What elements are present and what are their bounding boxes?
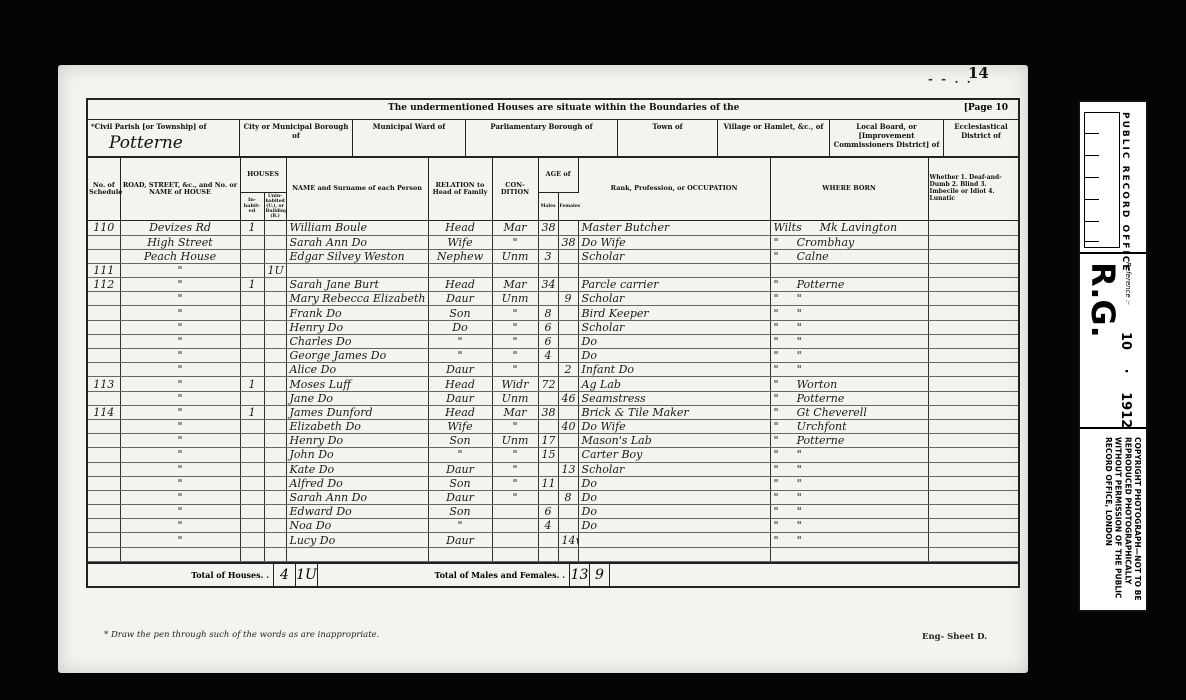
cell-uninhabited — [264, 533, 286, 547]
cell-inhabited — [240, 476, 264, 490]
col-age: AGE of — [538, 158, 578, 192]
cell-infirmity — [928, 434, 1018, 448]
col-where-born: WHERE BORN — [770, 158, 928, 221]
cell-uninhabited — [264, 235, 286, 249]
cell-male-age: 15 — [538, 448, 558, 462]
cell-male-age — [538, 235, 558, 249]
cell-born-place: Potterne — [797, 278, 845, 291]
cell-male-age — [538, 263, 558, 277]
table-row: "Noa Do"4Do"" — [88, 519, 1018, 533]
cell-born: "" — [770, 462, 928, 476]
cell-female-age — [558, 320, 578, 334]
cell-name: Sarah Ann Do — [286, 235, 428, 249]
cell-schedule: 113 — [88, 377, 120, 391]
cell-name: Alice Do — [286, 363, 428, 377]
cell-infirmity — [928, 448, 1018, 462]
cell-born-place: " — [797, 448, 802, 461]
cell-inhabited — [240, 547, 264, 561]
cell-inhabited — [240, 419, 264, 433]
table-row: "Henry DoSonUnm17Mason's Lab"Potterne — [88, 434, 1018, 448]
cell-schedule — [88, 320, 120, 334]
cell-born: "" — [770, 505, 928, 519]
municipal-ward-label: Municipal Ward of — [373, 122, 446, 131]
cell-condition: " — [492, 448, 538, 462]
cell-female-age — [558, 476, 578, 490]
cell-name: Lucy Do — [286, 533, 428, 547]
cell-inhabited — [240, 306, 264, 320]
civil-parish-value: Potterne — [91, 133, 236, 153]
total-inhabited: 4 — [274, 564, 296, 586]
cell-uninhabited — [264, 292, 286, 306]
table-row: "George James Do""4Do"" — [88, 349, 1018, 363]
cell-occupation: Do — [578, 519, 770, 533]
cell-name: Charles Do — [286, 334, 428, 348]
parliamentary-borough-label: Parliamentary Borough of — [490, 122, 592, 131]
cell-road: " — [120, 519, 240, 533]
cell-uninhabited — [264, 547, 286, 561]
cell-born: "Potterne — [770, 278, 928, 292]
cell-inhabited — [240, 263, 264, 277]
table-row: "Henry DoDo"6Scholar"" — [88, 320, 1018, 334]
cell-schedule — [88, 292, 120, 306]
col-road: ROAD, STREET, &c., and No. or NAME of HO… — [120, 158, 240, 221]
cell-female-age: 46 — [558, 391, 578, 405]
cell-born-place: Crombhay — [797, 236, 855, 249]
cell-road: " — [120, 263, 240, 277]
cell-occupation: Ag Lab — [578, 377, 770, 391]
table-row: Peach HouseEdgar Silvey WestonNephewUnm3… — [88, 249, 1018, 263]
cell-born-place: Mk Lavington — [820, 221, 897, 234]
col-uninhabited: Unin-habited (U.), or Building (B.) — [264, 192, 286, 221]
cell-infirmity — [928, 263, 1018, 277]
cell-inhabited — [240, 448, 264, 462]
cell-uninhabited — [264, 505, 286, 519]
cell-road: " — [120, 306, 240, 320]
copyright-notice: COPYRIGHT PHOTOGRAPH—NOT TO BE REPRODUCE… — [1086, 437, 1142, 602]
cell-born — [770, 263, 928, 277]
strip-divider — [1080, 427, 1146, 429]
cell-schedule — [88, 363, 120, 377]
cell-inhabited — [240, 490, 264, 504]
cell-occupation: Scholar — [578, 249, 770, 263]
footnote: * Draw the pen through such of the words… — [104, 630, 379, 640]
col-relation: RELATION to Head of Family — [428, 158, 492, 221]
cell-female-age — [558, 349, 578, 363]
cell-born-place: " — [797, 491, 802, 504]
cell-female-age: 14w 6m — [558, 533, 578, 547]
cell-condition: " — [492, 462, 538, 476]
scale-ruler — [1084, 112, 1120, 248]
cell-condition: " — [492, 235, 538, 249]
cell-born: "" — [770, 306, 928, 320]
cell-male-age — [538, 490, 558, 504]
cell-infirmity — [928, 292, 1018, 306]
cell-uninhabited — [264, 405, 286, 419]
cell-male-age: 34 — [538, 278, 558, 292]
cell-inhabited: 1 — [240, 377, 264, 391]
cell-born-place: " — [797, 463, 802, 476]
cell-relation: Daur — [428, 363, 492, 377]
table-row: 111"1U — [88, 263, 1018, 277]
cell-road: " — [120, 334, 240, 348]
cell-born-place: " — [797, 477, 802, 490]
village-cell: Village or Hamlet, &c., of — [718, 120, 830, 156]
col-inhabited: In-habit-ed — [240, 192, 264, 221]
cell-condition — [492, 505, 538, 519]
cell-relation: Head — [428, 405, 492, 419]
cell-occupation: Do Wife — [578, 419, 770, 433]
table-row: 113"1Moses LuffHeadWidr72Ag Lab"Worton — [88, 377, 1018, 391]
cell-born: "" — [770, 533, 928, 547]
cell-born: "Potterne — [770, 434, 928, 448]
table-row: "Alice DoDaur"2Infant Do"" — [88, 363, 1018, 377]
cell-male-age: 17 — [538, 434, 558, 448]
table-row: "Charles Do""6Do"" — [88, 334, 1018, 348]
cell-uninhabited — [264, 306, 286, 320]
census-form: The undermentioned Houses are situate wi… — [86, 98, 1020, 588]
cell-relation: Daur — [428, 391, 492, 405]
cell-uninhabited — [264, 434, 286, 448]
cell-infirmity — [928, 405, 1018, 419]
cell-occupation: Mason's Lab — [578, 434, 770, 448]
cell-female-age — [558, 448, 578, 462]
cell-occupation: Scholar — [578, 320, 770, 334]
cell-inhabited: 1 — [240, 278, 264, 292]
cell-born: "" — [770, 448, 928, 462]
table-row: "John Do""15Carter Boy"" — [88, 448, 1018, 462]
cell-inhabited — [240, 363, 264, 377]
cell-female-age: 9 — [558, 292, 578, 306]
cell-condition: " — [492, 476, 538, 490]
cell-relation: " — [428, 349, 492, 363]
cell-born-place: " — [797, 534, 802, 547]
cell-schedule — [88, 476, 120, 490]
cell-female-age — [558, 334, 578, 348]
cell-infirmity — [928, 235, 1018, 249]
cell-infirmity — [928, 334, 1018, 348]
cell-occupation — [578, 547, 770, 561]
table-row: 112"1Sarah Jane BurtHeadMar34Parcle carr… — [88, 278, 1018, 292]
cell-infirmity — [928, 505, 1018, 519]
cell-born: "" — [770, 476, 928, 490]
cell-born: "" — [770, 334, 928, 348]
col-schedule: No. of Schedule — [88, 158, 120, 221]
cell-name — [286, 547, 428, 561]
cell-condition: " — [492, 349, 538, 363]
cell-inhabited: 1 — [240, 405, 264, 419]
cell-condition — [492, 533, 538, 547]
cell-road: Peach House — [120, 249, 240, 263]
cell-road: Devizes Rd — [120, 221, 240, 235]
cell-name: Noa Do — [286, 519, 428, 533]
cell-female-age — [558, 263, 578, 277]
cell-infirmity — [928, 278, 1018, 292]
cell-infirmity — [928, 462, 1018, 476]
cell-name: Edgar Silvey Weston — [286, 249, 428, 263]
pro-title: PUBLIC RECORD OFFICE — [1120, 112, 1130, 273]
cell-born: "Urchfont — [770, 419, 928, 433]
cell-name: George James Do — [286, 349, 428, 363]
cell-inhabited — [240, 349, 264, 363]
cell-occupation: Seamstress — [578, 391, 770, 405]
piece-number: 10 · 1912 — [1118, 332, 1133, 428]
cell-occupation: Do Wife — [578, 235, 770, 249]
cell-born-place: Urchfont — [797, 420, 847, 433]
cell-relation: Nephew — [428, 249, 492, 263]
cell-occupation: Do — [578, 334, 770, 348]
table-row: "Frank DoSon"8Bird Keeper"" — [88, 306, 1018, 320]
cell-infirmity — [928, 547, 1018, 561]
series-code: R.G. — [1084, 262, 1122, 338]
cell-road: " — [120, 505, 240, 519]
civil-parish-cell: *Civil Parish [or Township] of Potterne — [88, 120, 240, 156]
cell-infirmity — [928, 363, 1018, 377]
cell-condition: Mar — [492, 278, 538, 292]
cell-occupation: Carter Boy — [578, 448, 770, 462]
cell-uninhabited: 1U — [264, 263, 286, 277]
cell-female-age — [558, 249, 578, 263]
cell-condition: Widr — [492, 377, 538, 391]
cell-relation: Son — [428, 306, 492, 320]
cell-born: "" — [770, 519, 928, 533]
cell-uninhabited — [264, 320, 286, 334]
cell-name: Sarah Jane Burt — [286, 278, 428, 292]
cell-relation: Son — [428, 476, 492, 490]
cell-inhabited — [240, 391, 264, 405]
cell-male-age: 6 — [538, 505, 558, 519]
cell-male-age: 11 — [538, 476, 558, 490]
cell-schedule — [88, 519, 120, 533]
cell-born: "Potterne — [770, 391, 928, 405]
cell-female-age — [558, 306, 578, 320]
table-row: "Lucy DoDaur14w 6m"" — [88, 533, 1018, 547]
folio-number: 14 — [968, 64, 989, 82]
municipal-borough-label: City or Municipal Borough of — [244, 122, 349, 140]
cell-road: " — [120, 448, 240, 462]
cell-infirmity — [928, 391, 1018, 405]
table-row: High StreetSarah Ann DoWife"38Do Wife"Cr… — [88, 235, 1018, 249]
cell-male-age — [538, 292, 558, 306]
cell-schedule: 112 — [88, 278, 120, 292]
cell-male-age: 3 — [538, 249, 558, 263]
cell-relation: Daur — [428, 292, 492, 306]
table-row: "Sarah Ann DoDaur"8Do"" — [88, 490, 1018, 504]
cell-uninhabited — [264, 249, 286, 263]
col-females: Females — [558, 192, 578, 221]
form-title: The undermentioned Houses are situate wi… — [388, 103, 739, 113]
cell-relation — [428, 263, 492, 277]
cell-male-age — [538, 462, 558, 476]
table-row: "Edward DoSon6Do"" — [88, 505, 1018, 519]
municipal-borough-cell: City or Municipal Borough of — [240, 120, 353, 156]
col-houses: HOUSES — [240, 158, 286, 192]
cell-infirmity — [928, 221, 1018, 235]
cell-road: " — [120, 419, 240, 433]
cell-inhabited — [240, 334, 264, 348]
cell-relation: Daur — [428, 490, 492, 504]
cell-born-place: Potterne — [797, 434, 845, 447]
cell-born — [770, 547, 928, 561]
cell-relation: Head — [428, 377, 492, 391]
cell-condition — [492, 263, 538, 277]
cell-inhabited — [240, 292, 264, 306]
cell-relation: " — [428, 448, 492, 462]
cell-road: " — [120, 349, 240, 363]
cell-infirmity — [928, 377, 1018, 391]
cell-occupation: Brick & Tile Maker — [578, 405, 770, 419]
cell-schedule — [88, 462, 120, 476]
cell-condition: " — [492, 363, 538, 377]
cell-born-place: " — [797, 335, 802, 348]
cell-relation: Head — [428, 278, 492, 292]
cell-name: Henry Do — [286, 320, 428, 334]
town-label: Town of — [652, 122, 682, 131]
cell-condition: " — [492, 490, 538, 504]
cell-road: " — [120, 320, 240, 334]
margin-dots: - - . . — [928, 72, 973, 86]
cell-occupation: Scholar — [578, 292, 770, 306]
cell-born-place: " — [797, 307, 802, 320]
cell-uninhabited — [264, 476, 286, 490]
cell-occupation: Do — [578, 490, 770, 504]
parliamentary-borough-cell: Parliamentary Borough of — [466, 120, 618, 156]
cell-born: "" — [770, 320, 928, 334]
cell-name: Jane Do — [286, 391, 428, 405]
cell-name: Henry Do — [286, 434, 428, 448]
cell-male-age — [538, 419, 558, 433]
cell-occupation — [578, 533, 770, 547]
cell-male-age — [538, 533, 558, 547]
cell-female-age — [558, 377, 578, 391]
cell-uninhabited — [264, 490, 286, 504]
cell-occupation: Master Butcher — [578, 221, 770, 235]
table-row — [88, 547, 1018, 561]
table-row: 110Devizes Rd1William BouleHeadMar38Mast… — [88, 221, 1018, 235]
cell-relation: Wife — [428, 419, 492, 433]
cell-condition — [492, 519, 538, 533]
census-table: No. of Schedule ROAD, STREET, &c., and N… — [88, 158, 1018, 562]
cell-condition: Unm — [492, 391, 538, 405]
cell-schedule: 111 — [88, 263, 120, 277]
cell-infirmity — [928, 249, 1018, 263]
cell-female-age — [558, 547, 578, 561]
cell-inhabited — [240, 235, 264, 249]
table-row: 114"1James DunfordHeadMar38Brick & Tile … — [88, 405, 1018, 419]
table-row: "Mary Rebecca Elizabeth DoDaurUnm9Schola… — [88, 292, 1018, 306]
cell-female-age: 13 — [558, 462, 578, 476]
totals-row: Total of Houses. . 4 1U Total of Males a… — [88, 562, 1018, 586]
cell-born: WiltsMk Lavington — [770, 221, 928, 235]
total-persons-label: Total of Males and Females. . — [318, 564, 570, 586]
cell-condition: " — [492, 419, 538, 433]
col-occupation: Rank, Profession, or OCCUPATION — [578, 158, 770, 221]
cell-road: " — [120, 278, 240, 292]
cell-female-age: 38 — [558, 235, 578, 249]
cell-male-age: 4 — [538, 519, 558, 533]
boundaries-row: *Civil Parish [or Township] of Potterne … — [88, 120, 1018, 158]
cell-name: Moses Luff — [286, 377, 428, 391]
cell-female-age — [558, 221, 578, 235]
cell-female-age: 8 — [558, 490, 578, 504]
cell-born-place: " — [797, 505, 802, 518]
town-cell: Town of — [618, 120, 718, 156]
cell-born-place: " — [797, 519, 802, 532]
cell-occupation: Infant Do — [578, 363, 770, 377]
cell-condition: " — [492, 306, 538, 320]
cell-relation: " — [428, 519, 492, 533]
cell-condition: Mar — [492, 405, 538, 419]
col-name: NAME and Surname of each Person — [286, 158, 428, 221]
cell-born: "Crombhay — [770, 235, 928, 249]
cell-road: " — [120, 533, 240, 547]
cell-infirmity — [928, 476, 1018, 490]
cell-male-age — [538, 547, 558, 561]
table-row: "Jane DoDaurUnm46Seamstress"Potterne — [88, 391, 1018, 405]
cell-born-place: Potterne — [797, 392, 845, 405]
cell-inhabited — [240, 434, 264, 448]
strip-divider — [1080, 252, 1146, 254]
cell-born: "Calne — [770, 249, 928, 263]
cell-name: John Do — [286, 448, 428, 462]
cell-born-place: Gt Cheverell — [797, 406, 867, 419]
total-uninhabited: 1U — [296, 564, 318, 586]
cell-born: "Gt Cheverell — [770, 405, 928, 419]
cell-relation: Do — [428, 320, 492, 334]
cell-condition: Unm — [492, 434, 538, 448]
cell-relation: Wife — [428, 235, 492, 249]
cell-occupation: Parcle carrier — [578, 278, 770, 292]
cell-infirmity — [928, 519, 1018, 533]
cell-uninhabited — [264, 448, 286, 462]
cell-schedule: 110 — [88, 221, 120, 235]
cell-occupation: Do — [578, 505, 770, 519]
cell-occupation: Scholar — [578, 462, 770, 476]
cell-uninhabited — [264, 519, 286, 533]
cell-road: " — [120, 434, 240, 448]
cell-born-place: " — [797, 321, 802, 334]
cell-road: " — [120, 476, 240, 490]
cell-uninhabited — [264, 221, 286, 235]
cell-uninhabited — [264, 391, 286, 405]
cell-uninhabited — [264, 377, 286, 391]
total-houses-label: Total of Houses. . — [88, 564, 274, 586]
cell-inhabited: 1 — [240, 221, 264, 235]
col-infirmity: Whether 1. Deaf-and-Dumb 2. Blind 3. Imb… — [928, 158, 1018, 221]
cell-uninhabited — [264, 462, 286, 476]
form-title-row: The undermentioned Houses are situate wi… — [88, 100, 1018, 120]
cell-uninhabited — [264, 334, 286, 348]
cell-road — [120, 547, 240, 561]
cell-road: " — [120, 292, 240, 306]
cell-road: " — [120, 462, 240, 476]
village-label: Village or Hamlet, &c., of — [724, 122, 824, 131]
cell-name: Alfred Do — [286, 476, 428, 490]
cell-name: James Dunford — [286, 405, 428, 419]
cell-name: Mary Rebecca Elizabeth Do — [286, 292, 428, 306]
cell-occupation: Bird Keeper — [578, 306, 770, 320]
cell-infirmity — [928, 349, 1018, 363]
cell-infirmity — [928, 533, 1018, 547]
cell-born: "" — [770, 490, 928, 504]
cell-name: Frank Do — [286, 306, 428, 320]
cell-schedule: 114 — [88, 405, 120, 419]
cell-relation: " — [428, 334, 492, 348]
cell-relation — [428, 547, 492, 561]
cell-uninhabited — [264, 278, 286, 292]
cell-born: "Worton — [770, 377, 928, 391]
cell-female-age — [558, 278, 578, 292]
cell-born-place: " — [797, 363, 802, 376]
